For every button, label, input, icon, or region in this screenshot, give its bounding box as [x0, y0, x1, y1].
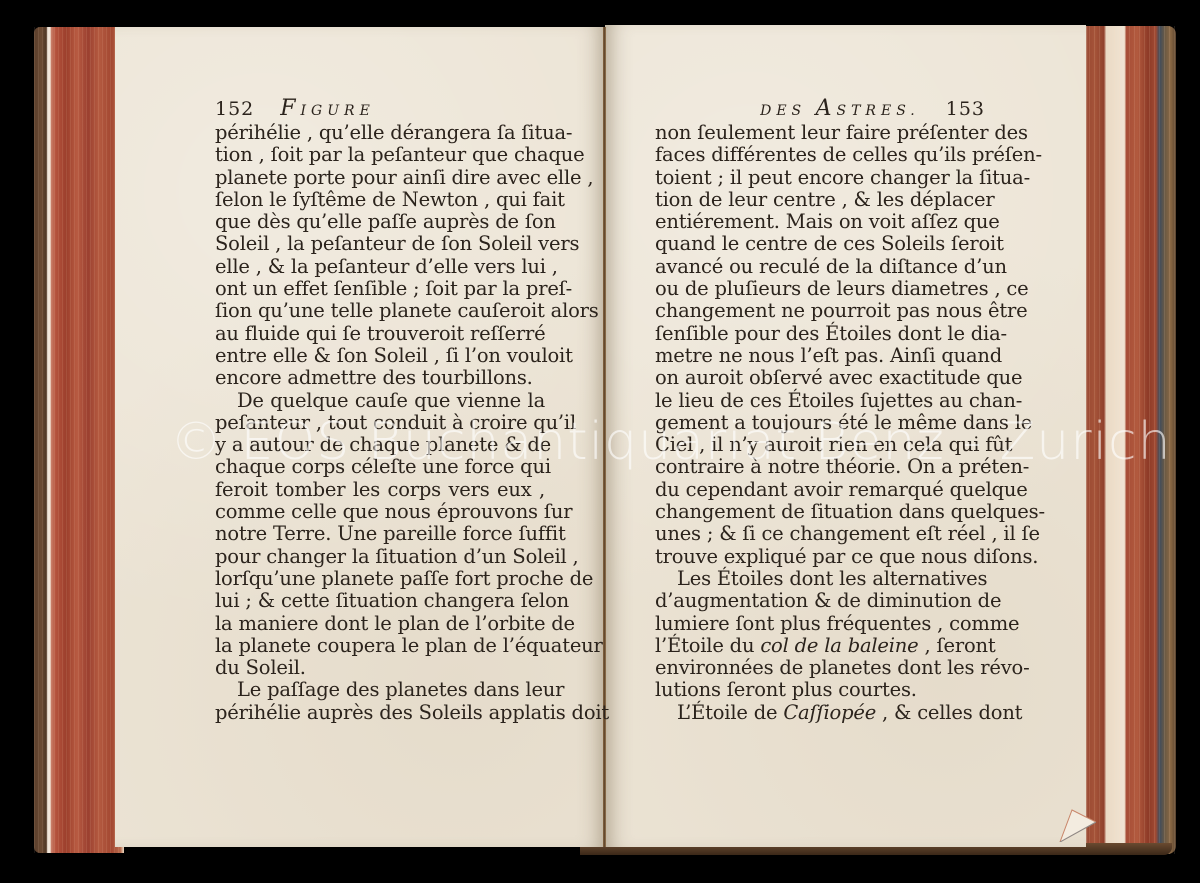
text-line: feroit tomber les corps vers eux ,: [215, 479, 545, 501]
text-line: contraire à notre théorie. On a préten-: [655, 456, 985, 478]
text-line: lutions ſeront plus courtes.: [655, 679, 985, 701]
text-line: la maniere dont le plan de l’orbite de: [215, 613, 545, 635]
left-page-lines: périhélie , qu’elle dérangera ſa ſitua-t…: [215, 122, 545, 724]
text-line: tion , ſoit par la peſanteur que chaque: [215, 144, 545, 166]
text-line: non ſeulement leur faire préſenter des: [655, 122, 985, 144]
text-line: avancé ou reculé de la diſtance d’un: [655, 256, 985, 278]
text-line: unes ; & ſi ce changement eſt réel , il …: [655, 523, 985, 545]
book-gutter: [603, 27, 606, 847]
text-line: du cependant avoir remarqué quelque: [655, 479, 985, 501]
text-line: gement a toujours été le même dans le: [655, 412, 985, 434]
text-line: tion de leur centre , & les déplacer: [655, 189, 985, 211]
right-running-head: des Astres. 153: [655, 98, 985, 122]
text-line: L’Étoile de Caſſiopée , & celles dont: [655, 702, 985, 724]
text-line: le lieu de ces Étoiles ſujettes au chan-: [655, 390, 985, 412]
text-line: metre ne nous l’eſt pas. Ainſi quand: [655, 345, 985, 367]
text-line: pour changer la ſituation d’un Soleil ,: [215, 546, 545, 568]
text-line: Le paſſage des planetes dans leur: [215, 679, 545, 701]
text-line: De quelque cauſe que vienne la: [215, 390, 545, 412]
text-line: elle , & la peſanteur d’elle vers lui ,: [215, 256, 545, 278]
text-line: quand le centre de ces Soleils ſeroit: [655, 233, 985, 255]
text-line: changement de ſituation dans quelques-: [655, 501, 985, 523]
book-photo: 152 Figure périhélie , qu’elle dérangera…: [0, 0, 1200, 883]
text-line: ſenſible pour des Étoiles dont le dia-: [655, 323, 985, 345]
text-line: que dès qu’elle paſſe auprès de ſon: [215, 211, 545, 233]
left-book-edge: [34, 27, 124, 853]
text-line: comme celle que nous éprouvons ſur: [215, 501, 545, 523]
text-line: encore admettre des tourbillons.: [215, 367, 545, 389]
text-line: au fluide qui ſe trouveroit reſſerré: [215, 323, 545, 345]
text-line: entiérement. Mais on voit aſſez que: [655, 211, 985, 233]
text-line: trouve expliqué par ce que nous diſons.: [655, 546, 985, 568]
page-number-left: 152: [215, 98, 254, 120]
text-line: planete porte pour ainſi dire avec elle …: [215, 167, 545, 189]
text-line: ſion qu’une telle planete cauſeroit alor…: [215, 300, 545, 322]
text-line: lui ; & cette ſituation changera ſelon: [215, 590, 545, 612]
text-line: lorſqu’une planete paſſe fort proche de: [215, 568, 545, 590]
text-line: l’Étoile du col de la baleine , ſeront: [655, 635, 985, 657]
text-line: d’augmentation & de diminution de: [655, 590, 985, 612]
text-line: peſanteur , tout conduit à croire qu’il: [215, 412, 545, 434]
text-line: la planete coupera le plan de l’équateur: [215, 635, 545, 657]
running-head-title-right: des Astres.: [760, 98, 920, 122]
right-page-text: des Astres. 153 non ſeulement leur faire…: [655, 98, 985, 724]
text-line: changement ne pourroit pas nous être: [655, 300, 985, 322]
text-line: ont un effet ſenſible ; ſoit par la preſ…: [215, 278, 545, 300]
text-line: faces différentes de celles qu’ils préſe…: [655, 144, 985, 166]
text-line: toient ; il peut encore changer la ſitua…: [655, 167, 985, 189]
italic-text: Caſſiopée: [783, 701, 876, 724]
text-line: périhélie auprès des Soleils applatis do…: [215, 702, 545, 724]
text-line: périhélie , qu’elle dérangera ſa ſitua-: [215, 122, 545, 144]
text-line: ou de pluſieurs de leurs diametres , ce: [655, 278, 985, 300]
text-line: chaque corps céleſte une force qui: [215, 456, 545, 478]
italic-text: col de la baleine: [760, 634, 918, 657]
text-line: y a autour de chaque planete & de: [215, 434, 545, 456]
folded-corner-icon: [1058, 808, 1096, 842]
text-line: ſelon le ſyſtême de Newton , qui fait: [215, 189, 545, 211]
running-head-title-left: Figure: [280, 98, 375, 122]
right-book-edge: [1084, 26, 1176, 854]
text-line: Les Étoiles dont les alternatives: [655, 568, 985, 590]
text-line: Soleil , la peſanteur de ſon Soleil vers: [215, 233, 545, 255]
text-line: entre elle & ſon Soleil , ſi l’on vouloi…: [215, 345, 545, 367]
text-line: Ciel , il n’y auroit rien en cela qui fû…: [655, 434, 985, 456]
text-line: environnées de planetes dont les révo-: [655, 657, 985, 679]
text-line: du Soleil.: [215, 657, 545, 679]
text-line: lumiere ſont plus fréquentes , comme: [655, 613, 985, 635]
right-page-lines: non ſeulement leur faire préſenter desfa…: [655, 122, 985, 724]
text-line: notre Terre. Une pareille force ſuffit: [215, 523, 545, 545]
left-page-text: 152 Figure périhélie , qu’elle dérangera…: [215, 98, 545, 724]
text-line: on auroit obſervé avec exactitude que: [655, 367, 985, 389]
left-running-head: 152 Figure: [215, 98, 545, 122]
page-number-right: 153: [946, 98, 985, 120]
